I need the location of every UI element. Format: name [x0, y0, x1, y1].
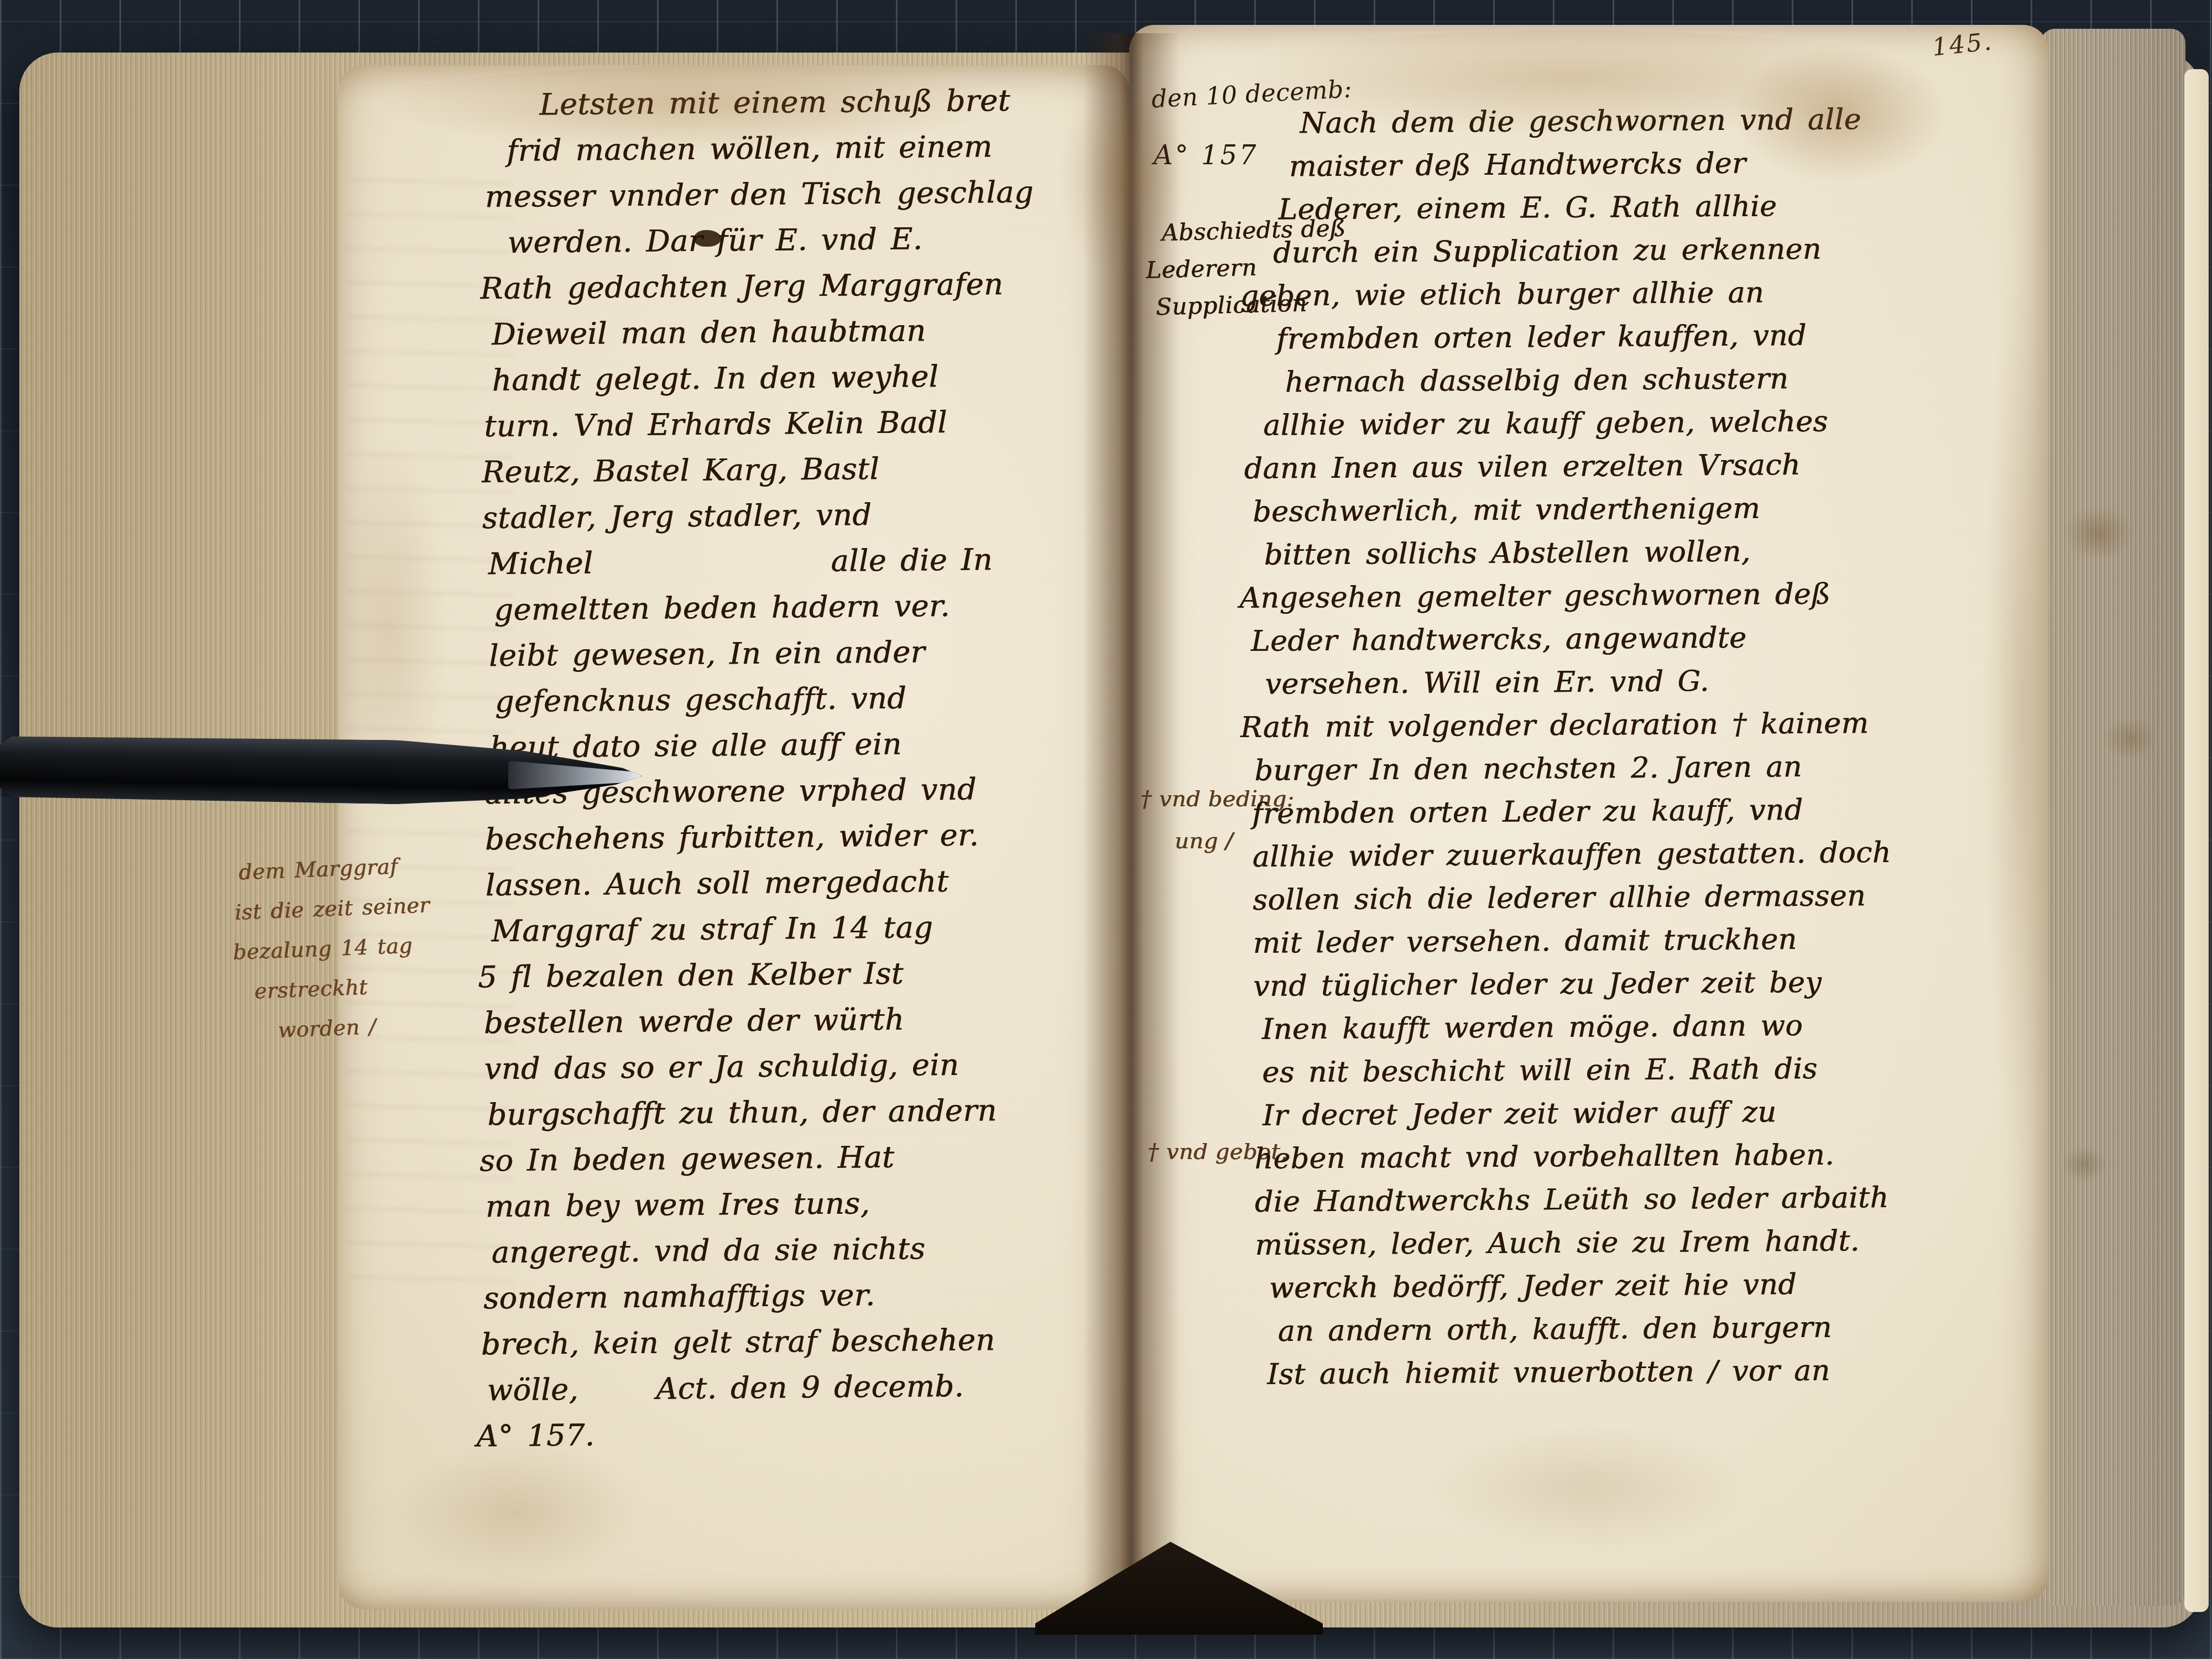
- manuscript-line: werden. Dar für E. vnd E.: [507, 215, 1034, 265]
- manuscript-line: beschehens furbitten, wider er.: [485, 812, 1040, 863]
- manuscript-line: lassen. Auch soll mergedacht: [485, 858, 1040, 909]
- photo-open-manuscript-book: dem Marggrafist die zeit seinerbezalung …: [0, 0, 2212, 1659]
- manuscript-line: Inen kaufft werden möge. dann wo: [1261, 1004, 1892, 1051]
- manuscript-line: turn. Vnd Erhards Kelin Badl: [484, 399, 1036, 450]
- right-fore-edge: [2041, 29, 2185, 1606]
- manuscript-line: beschwerlich, mit vnderthenigem: [1253, 486, 1889, 534]
- manuscript-line: gefencknus geschafft. vnd: [494, 674, 1038, 725]
- manuscript-line: Leder handtwercks, angewandte: [1251, 615, 1890, 663]
- manuscript-line: allhie wider zuuerkauffen gestatten. doc…: [1252, 831, 1891, 879]
- manuscript-line: bezalung 14 tag: [232, 925, 432, 972]
- under-page-edge: [2184, 69, 2209, 1612]
- manuscript-line: A° 157.: [476, 1408, 1045, 1459]
- book-gutter-shadow: [1083, 33, 1180, 1606]
- manuscript-line: vnd tüglicher leder zu Jeder zeit bey: [1253, 961, 1892, 1008]
- manuscript-line: brech, kein gelt straf beschehen: [481, 1317, 1044, 1368]
- manuscript-line: werckh bedörff, Jeder zeit hie vnd: [1269, 1262, 1895, 1310]
- manuscript-line: sondern namhafftigs ver.: [483, 1271, 1044, 1322]
- manuscript-line: heben macht vnd vorbehallten haben.: [1254, 1133, 1893, 1181]
- manuscript-line: Reutz, Bastel Karg, Bastl: [482, 445, 1036, 495]
- manuscript-line: frembden orten Leder zu kauff, vnd: [1252, 788, 1891, 836]
- manuscript-line: angeregt. vnd da sie nichts: [491, 1225, 1043, 1276]
- manuscript-line: bestellen werde der würth: [483, 995, 1041, 1046]
- manuscript-line: Rath gedachten Jerg Marggrafen: [480, 261, 1035, 312]
- manuscript-line: gemeltten beden hadern ver.: [494, 582, 1037, 633]
- manuscript-line: allhie wider zu kauff geben, welches: [1263, 400, 1888, 447]
- manuscript-line: so In beden gewesen. Hat: [479, 1133, 1042, 1184]
- manuscript-line: Ir decret Jeder zeit wider auff zu: [1262, 1090, 1893, 1138]
- manuscript-line: Nach dem die geschwornen vnd alle: [1300, 98, 1886, 145]
- manuscript-line: burgschafft zu thun, der andern: [487, 1087, 1042, 1138]
- manuscript-line: versehen. Will ein Er. vnd G.: [1265, 659, 1890, 706]
- manuscript-line: Ist auch hiemit vnuerbotten / vor an: [1267, 1349, 1895, 1396]
- manuscript-line: durch ein Supplication zu erkennen: [1273, 227, 1887, 275]
- left-margin-note: dem Marggrafist die zeit seinerbezalung …: [232, 845, 435, 1051]
- manuscript-line: die Handtwerckhs Leüth so leder arbaith: [1255, 1176, 1894, 1224]
- manuscript-line: vnd das so er Ja schuldig, ein: [484, 1041, 1041, 1092]
- manuscript-line: geben, wie etlich burger allhie an: [1240, 270, 1887, 318]
- manuscript-line: hernach dasselbig den schustern: [1285, 357, 1888, 404]
- manuscript-line: burger In den nechsten 2. Jaren an: [1254, 745, 1891, 792]
- right-page-text: Nach dem die geschwornen vnd allemaister…: [1247, 98, 1895, 1396]
- manuscript-line: mit leder versehen. damit truckhen: [1253, 917, 1892, 965]
- manuscript-line: Letsten mit einem schuß bret: [539, 77, 1033, 128]
- manuscript-line: 5 fl bezalen den Kelber Ist: [478, 950, 1041, 1000]
- manuscript-line: man bey wem Ires tuns,: [485, 1179, 1042, 1230]
- page-number: 145.: [1931, 27, 1995, 61]
- manuscript-line: worden /: [277, 1004, 435, 1050]
- manuscript-line: leibt gewesen, In ein ander: [489, 628, 1038, 679]
- manuscript-line: Dieweil man den haubtman: [492, 307, 1035, 358]
- manuscript-line: stadler, Jerg stadler, vnd: [482, 491, 1037, 541]
- manuscript-line: es nit beschicht will ein E. Rath dis: [1262, 1047, 1893, 1094]
- manuscript-line: sollen sich die lederer allhie dermassen: [1253, 874, 1892, 922]
- manuscript-line: erstreckht: [253, 964, 433, 1011]
- manuscript-line: müssen, leder, Auch sie zu Irem handt.: [1255, 1219, 1894, 1267]
- manuscript-line: maister deß Handtwercks der: [1289, 141, 1887, 189]
- manuscript-line: dem Marggraf: [238, 845, 429, 892]
- right-page: 145. den 10 decemb: A° 157 Abschiedts de…: [1129, 25, 2048, 1602]
- manuscript-line: bitten sollichs Abstellen wollen,: [1264, 529, 1889, 577]
- manuscript-line: ist die zeit seiner: [234, 885, 430, 932]
- manuscript-line: Marggraf zu straf In 14 tag: [491, 904, 1040, 954]
- manuscript-line: an andern orth, kaufft. den burgern: [1277, 1306, 1895, 1353]
- left-page: dem Marggrafist die zeit seinerbezalung …: [338, 65, 1129, 1609]
- manuscript-line: dann Inen aus vilen erzelten Vrsach: [1244, 443, 1888, 491]
- manuscript-line: Rath mit volgender declaration † kainem: [1240, 702, 1891, 749]
- manuscript-line: Michelalle die In: [488, 536, 1037, 587]
- manuscript-line: Lederer, einem E. G. Rath allhie: [1278, 184, 1887, 232]
- manuscript-line: frid machen wöllen, mit einem: [507, 123, 1034, 174]
- manuscript-line: Angesehen gemelter geschwornen deß: [1239, 572, 1890, 620]
- manuscript-line: messer vnnder den Tisch geschlag: [484, 169, 1034, 220]
- manuscript-line: frembden orten leder kauffen, vnd: [1276, 314, 1888, 361]
- manuscript-line: handt gelegt. In den weyhel: [492, 353, 1035, 404]
- manuscript-line: wölle,Act. den 9 decemb.: [487, 1363, 1044, 1413]
